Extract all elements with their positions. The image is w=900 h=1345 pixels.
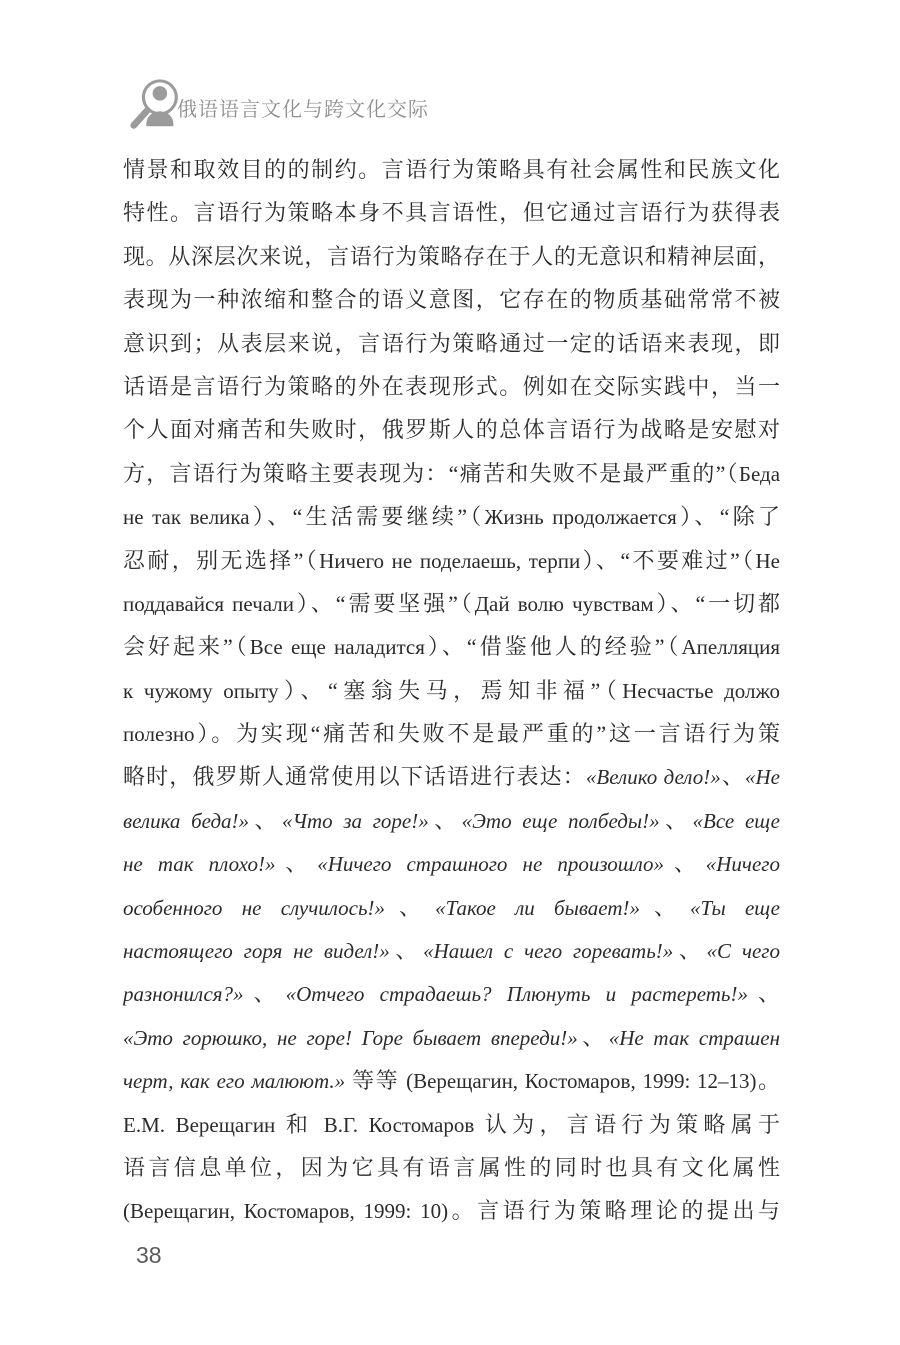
text-segment-cjk: 个人面对痛苦和失败时，俄罗斯人的总体言语行为战略是安慰对 xyxy=(123,417,780,442)
text-line: 方，言语行为策略主要表现为：“痛苦和失败不是最严重的”（Беда xyxy=(123,452,780,495)
text-line: не так велика）、“生活需要继续”（Жизнь продолжает… xyxy=(123,495,780,538)
text-segment-cjk: 略时，俄罗斯人通常使用以下话语进行表达： xyxy=(123,764,586,789)
text-line: 略时，俄罗斯人通常使用以下话语进行表达：«Велико дело!»、«Не xyxy=(123,755,780,798)
text-segment-cjk: 方，言语行为策略主要表现为：“痛苦和失败不是最严重的”（ xyxy=(123,461,739,486)
text-line: 意识到；从表层来说，言语行为策略通过一定的话语来表现，即 xyxy=(123,322,780,365)
text-line: «Это горюшко, не горе! Горе бывает впере… xyxy=(123,1016,780,1059)
text-segment-rui: «Ничего страшного не произошло» xyxy=(317,852,664,876)
text-segment-ru: Не xyxy=(756,549,781,573)
text-segment-rui: «Не так страшен xyxy=(609,1026,780,1050)
text-segment-rui: «Что за горе!» xyxy=(282,809,429,833)
text-segment-rui: черт, как его малюют.» xyxy=(123,1069,345,1093)
text-segment-cjk: 特性。言语行为策略本身不具言语性，但它通过言语行为获得表 xyxy=(123,200,780,225)
text-line: 忍耐，别无选择”（Ничего не поделаешь, терпи）、“不要… xyxy=(123,539,780,582)
text-segment-rui: «Велико дело!» xyxy=(586,765,721,789)
text-segment-rui: особенного не случилось!» xyxy=(123,896,385,920)
text-line: 语言信息单位，因为它具有语言属性的同时也具有文化属性 xyxy=(123,1146,780,1189)
text-line: (Верещагин, Костомаров, 1999: 10)。言语行为策略… xyxy=(123,1189,780,1232)
text-segment-cjk: 、 xyxy=(748,981,780,1006)
text-segment-ru: не так велика xyxy=(123,505,250,529)
text-segment-cjk: ）。为实现“痛苦和失败不是最严重的”这一言语行为策 xyxy=(195,721,780,746)
text-segment-rui: «Это еще полбеды!» xyxy=(462,809,660,833)
text-segment-cjk: 、 xyxy=(390,938,423,963)
text-segment-cjk: 和 xyxy=(286,1112,313,1137)
text-line: 会好起来”（Все еще наладится）、“借鉴他人的经验”（Апелл… xyxy=(123,625,780,668)
page-number: 38 xyxy=(136,1242,162,1269)
text-segment-rui: «Не xyxy=(745,765,780,789)
text-segment-rui: «Отчего страдаешь? Плюнуть и растереть!» xyxy=(286,982,748,1006)
running-header: 俄语语言文化与跨文化交际 xyxy=(127,76,429,136)
text-segment-cjk: 情景和取效目的的制约。言语行为策略具有社会属性和民族文化 xyxy=(123,157,780,182)
text-segment-rui: настоящего горя не видел!» xyxy=(123,939,390,963)
book-page: 俄语语言文化与跨文化交际 情景和取效目的的制约。言语行为策略具有社会属性和民族文… xyxy=(0,0,900,1345)
text-segment-rui: «Ничего xyxy=(706,852,780,876)
body-text: 情景和取效目的的制约。言语行为策略具有社会属性和民族文化特性。言语行为策略本身不… xyxy=(123,148,780,1233)
text-segment-cjk: 语言信息单位，因为它具有语言属性的同时也具有文化属性 xyxy=(123,1155,780,1180)
text-segment-cjk: 。言语行为策略理论的提出与 xyxy=(448,1198,780,1223)
text-segment-ru: Е.М. Верещагин xyxy=(123,1113,286,1137)
text-segment-rui: «Это горюшко, не горе! Горе бывает впере… xyxy=(123,1026,578,1050)
text-segment-cjk: 会好起来”（ xyxy=(123,634,250,659)
text-segment-cjk: 忍耐，别无选择”（ xyxy=(123,548,319,573)
text-segment-cjk: 认为，言语行为策略属于 xyxy=(485,1112,780,1137)
text-segment-cjk: ）、“生活需要继续”（ xyxy=(250,504,485,529)
text-segment-cjk: 。 xyxy=(757,1068,780,1093)
text-line: велика беда!»、«Что за горе!»、«Это еще по… xyxy=(123,799,780,842)
text-segment-cjk: ）、“不要难过”（ xyxy=(580,548,755,573)
text-segment-rui: не так плохо!» xyxy=(123,852,275,876)
text-segment-rui: разнонился?» xyxy=(123,982,244,1006)
text-segment-cjk: 、 xyxy=(721,764,745,789)
text-line: не так плохо!»、«Ничего страшного не прои… xyxy=(123,842,780,885)
text-segment-ru: к чужому опыту xyxy=(123,679,279,703)
text-segment-ru: Жизнь продолжается xyxy=(485,505,677,529)
text-line: 表现为一种浓缩和整合的语义意图，它存在的物质基础常常不被 xyxy=(123,278,780,321)
text-segment-cjk: ）、“借鉴他人的经验”（ xyxy=(425,634,682,659)
text-segment-cjk: 、 xyxy=(578,1025,609,1050)
text-segment-cjk: 、 xyxy=(429,808,462,833)
text-line: настоящего горя не видел!»、«Нашел с чего… xyxy=(123,929,780,972)
text-segment-ru: Ничего не поделаешь, терпи xyxy=(319,549,580,573)
text-segment-cjk: ）、“塞翁失马，焉知非福”（ xyxy=(279,678,623,703)
text-segment-cjk: 表现为一种浓缩和整合的语义意图，它存在的物质基础常常不被 xyxy=(123,287,780,312)
text-line: 话语是言语行为策略的外在表现形式。例如在交际实践中，当一 xyxy=(123,365,780,408)
text-segment-cjk: ）、“需要坚强”（ xyxy=(294,591,475,616)
text-segment-cjk: 、 xyxy=(640,895,690,920)
running-head-book-title: 俄语语言文化与跨文化交际 xyxy=(177,93,429,122)
text-line: полезно）。为实现“痛苦和失败不是最严重的”这一言语行为策 xyxy=(123,712,780,755)
text-segment-ru: Все еще наладится xyxy=(250,635,425,659)
text-segment-rui: «Все еще xyxy=(693,809,780,833)
text-segment-ru: (Верещагин, Костомаров, 1999: 12–13) xyxy=(406,1069,756,1093)
text-line: разнонился?»、«Отчего страдаешь? Плюнуть … xyxy=(123,972,780,1015)
text-segment-cjk: 、 xyxy=(275,851,317,876)
text-segment-cjk: 、 xyxy=(664,851,706,876)
text-segment-cjk: 、 xyxy=(660,808,693,833)
text-segment-ru: В.Г. Костомаров xyxy=(313,1113,485,1137)
text-line: поддавайся печали）、“需要坚强”（Дай волю чувст… xyxy=(123,582,780,625)
text-line: 情景和取效目的的制约。言语行为策略具有社会属性和民族文化 xyxy=(123,148,780,191)
text-segment-ru: Дай волю чувствам xyxy=(475,592,654,616)
text-segment-cjk: 现。从深层次来说，言语行为策略存在于人的无意识和精神层面， xyxy=(123,244,780,269)
text-line: к чужому опыту）、“塞翁失马，焉知非福”（Несчастье до… xyxy=(123,669,780,712)
text-segment-cjk: 话语是言语行为策略的外在表现形式。例如在交际实践中，当一 xyxy=(123,374,780,399)
text-segment-cjk: 、 xyxy=(244,981,286,1006)
text-segment-rui: «Такое ли бывает!» xyxy=(435,896,640,920)
text-segment-ru: Апелляция xyxy=(682,635,780,659)
text-segment-cjk: ）、“一切都 xyxy=(654,591,780,616)
text-segment-rui: «Нашел с чего горевать!» xyxy=(423,939,673,963)
text-line: 现。从深层次来说，言语行为策略存在于人的无意识和精神层面， xyxy=(123,235,780,278)
text-line: особенного не случилось!»、«Такое ли быва… xyxy=(123,886,780,929)
text-segment-ru: Несчастье должо xyxy=(622,679,780,703)
text-segment-cjk: 等等 xyxy=(345,1068,406,1093)
text-segment-rui: велика беда!» xyxy=(123,809,249,833)
text-segment-rui: «С чего xyxy=(707,939,780,963)
text-segment-cjk: 、 xyxy=(249,808,282,833)
text-segment-ru: Беда xyxy=(739,462,780,486)
text-line: 特性。言语行为策略本身不具言语性，但它通过言语行为获得表 xyxy=(123,191,780,234)
text-line: черт, как его малюют.» 等等 (Верещагин, Ко… xyxy=(123,1059,780,1102)
text-segment-cjk: 、 xyxy=(673,938,706,963)
text-segment-ru: (Верещагин, Костомаров, 1999: 10) xyxy=(123,1199,448,1223)
text-segment-ru: полезно xyxy=(123,722,195,746)
text-line: Е.М. Верещагин 和 В.Г. Костомаров 认为，言语行为… xyxy=(123,1103,780,1146)
text-segment-cjk: 、 xyxy=(385,895,435,920)
text-line: 个人面对痛苦和失败时，俄罗斯人的总体言语行为战略是安慰对 xyxy=(123,408,780,451)
text-segment-rui: «Ты еще xyxy=(690,896,780,920)
text-segment-cjk: 意识到；从表层来说，言语行为策略通过一定的话语来表现，即 xyxy=(123,331,780,356)
text-segment-ru: поддавайся печали xyxy=(123,592,294,616)
text-segment-cjk: ）、“除了 xyxy=(677,504,780,529)
